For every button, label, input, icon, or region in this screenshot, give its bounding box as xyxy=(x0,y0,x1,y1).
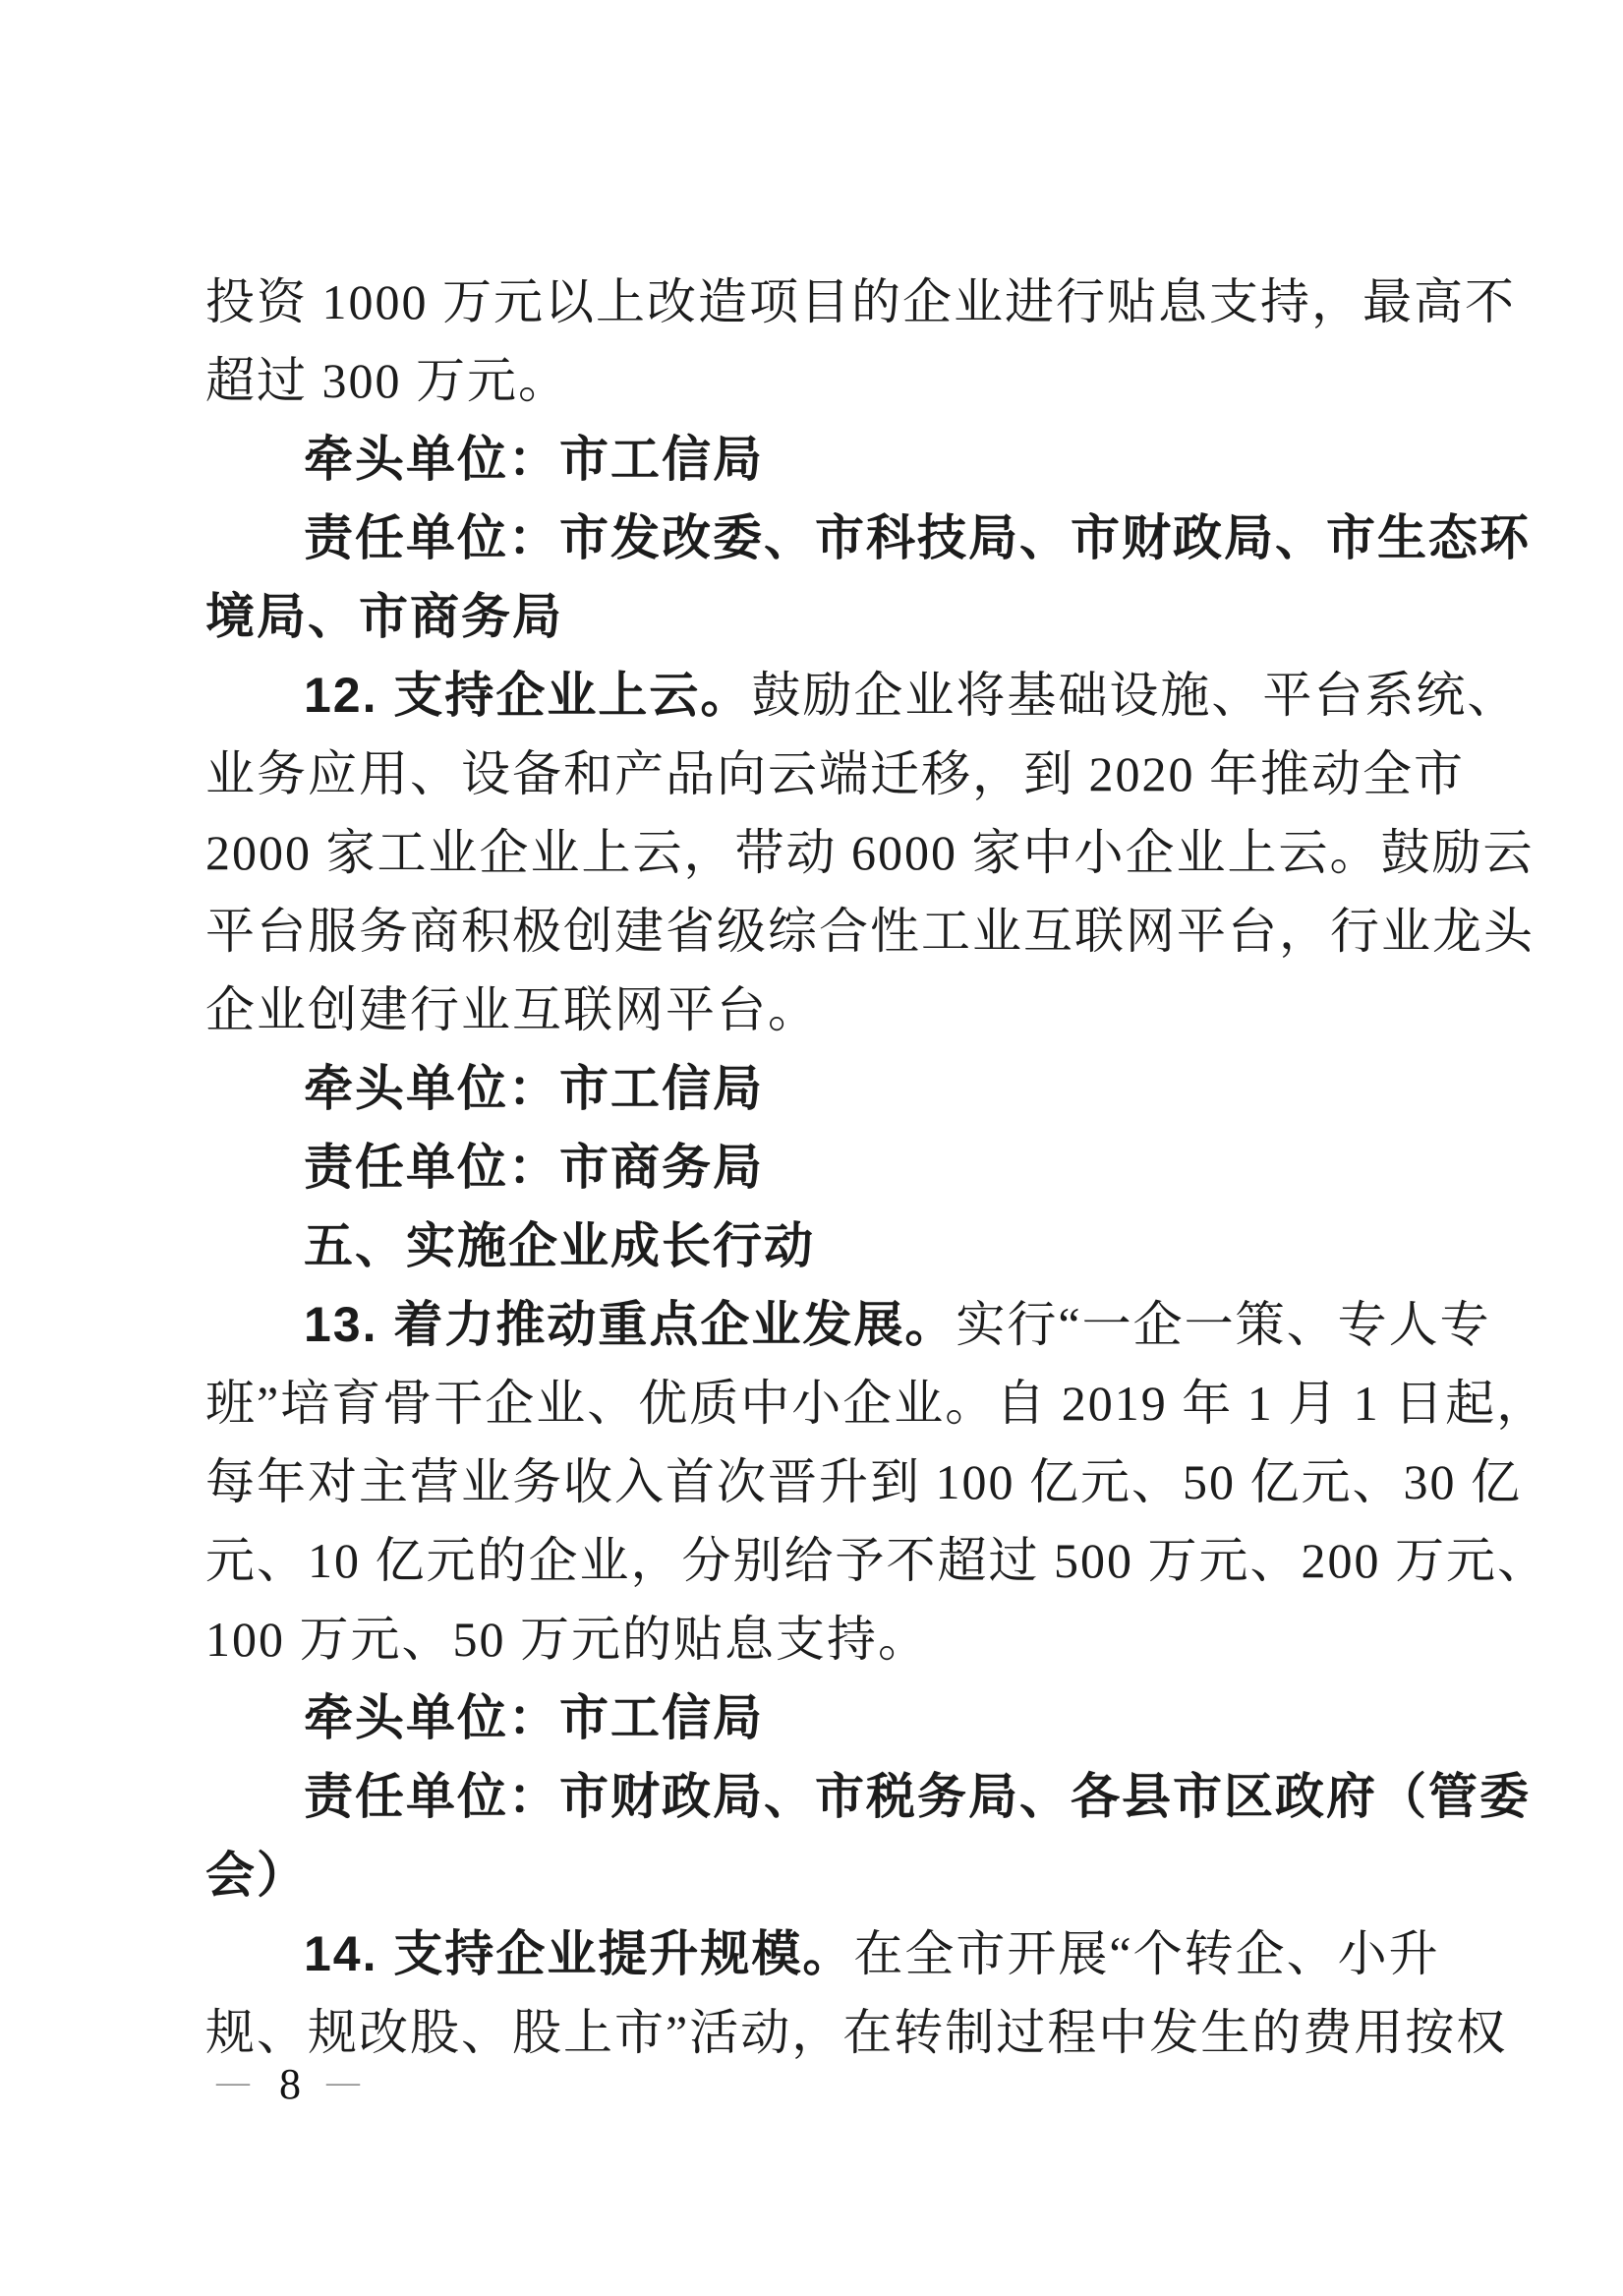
bold-text-segment: 会） xyxy=(205,1848,308,1903)
item-12-line: 12. 支持企业上云。鼓励企业将基础设施、平台系统、 xyxy=(205,656,1429,735)
lead-unit-line: 牵头单位：市工信局 xyxy=(205,420,1429,499)
text-segment: 投资 1000 万元以上改造项目的企业进行贴息支持，最高不 xyxy=(205,274,1516,329)
bold-text-segment: 五、实施企业成长行动 xyxy=(304,1218,815,1273)
bold-text-segment: 境局、市商务局 xyxy=(205,589,563,644)
lead-unit-line: 牵头单位：市工信局 xyxy=(205,1678,1429,1757)
responsible-unit-line: 责任单位：市财政局、市税务局、各县市区政府（管委 xyxy=(205,1757,1429,1836)
body-line: 规、规改股、股上市”活动，在转制过程中发生的费用按权 xyxy=(205,1993,1429,2072)
bold-text-segment: 12. 支持企业上云。 xyxy=(304,668,751,723)
body-line: 每年对主营业务收入首次晋升到 100 亿元、50 亿元、30 亿 xyxy=(205,1442,1429,1521)
text-segment: 100 万元、50 万元的贴息支持。 xyxy=(205,1612,929,1667)
bold-text-segment: 牵头单位：市工信局 xyxy=(304,432,764,487)
text-segment: 业务应用、设备和产品向云端迁移，到 2020 年推动全市 xyxy=(205,746,1465,801)
footer-right-dash: — xyxy=(326,2064,364,2100)
text-segment: 企业创建行业互联网平台。 xyxy=(205,982,819,1037)
text-segment: 超过 300 万元。 xyxy=(205,353,569,408)
text-segment: 2000 家工业企业上云，带动 6000 家中小企业上云。鼓励云 xyxy=(205,825,1535,880)
bold-text-segment: 13. 着力推动重点企业发展。 xyxy=(304,1297,956,1352)
text-segment: 规、规改股、股上市”活动，在转制过程中发生的费用按权 xyxy=(205,2005,1507,2060)
responsible-unit-line: 境局、市商务局 xyxy=(205,577,1429,656)
text-segment: 实行“一企一策、专人专 xyxy=(956,1297,1490,1352)
document-page: 投资 1000 万元以上改造项目的企业进行贴息支持，最高不超过 300 万元。牵… xyxy=(0,0,1623,2296)
section-heading: 五、实施企业成长行动 xyxy=(205,1207,1429,1285)
text-segment: 班”培育骨干企业、优质中小企业。自 2019 年 1 月 1 日起， xyxy=(205,1376,1547,1431)
footer-left-dash: — xyxy=(216,2064,254,2100)
item-13-line: 13. 着力推动重点企业发展。实行“一企一策、专人专 xyxy=(205,1285,1429,1364)
page-footer: —8— xyxy=(216,2058,364,2107)
bold-text-segment: 责任单位：市财政局、市税务局、各县市区政府（管委 xyxy=(304,1769,1531,1824)
text-segment: 元、10 亿元的企业，分别给予不超过 500 万元、200 万元、 xyxy=(205,1533,1548,1588)
item-14-line: 14. 支持企业提升规模。在全市开展“个转企、小升 xyxy=(205,1914,1429,1993)
bold-text-segment: 责任单位：市发改委、市科技局、市财政局、市生态环 xyxy=(304,510,1531,565)
responsible-unit-line: 会） xyxy=(205,1836,1429,1914)
text-segment: 平台服务商积极创建省级综合性工业互联网平台，行业龙头 xyxy=(205,904,1535,959)
bold-text-segment: 牵头单位：市工信局 xyxy=(304,1690,764,1745)
page-number: 8 xyxy=(279,2060,301,2109)
lead-unit-line: 牵头单位：市工信局 xyxy=(205,1049,1429,1128)
text-segment: 每年对主营业务收入首次晋升到 100 亿元、50 亿元、30 亿 xyxy=(205,1454,1522,1509)
body-line: 元、10 亿元的企业，分别给予不超过 500 万元、200 万元、 xyxy=(205,1521,1429,1600)
responsible-unit-line: 责任单位：市商务局 xyxy=(205,1128,1429,1207)
body-line: 班”培育骨干企业、优质中小企业。自 2019 年 1 月 1 日起， xyxy=(205,1364,1429,1442)
text-segment: 鼓励企业将基础设施、平台系统、 xyxy=(751,668,1518,723)
bold-text-segment: 责任单位：市商务局 xyxy=(304,1140,764,1195)
body-line: 100 万元、50 万元的贴息支持。 xyxy=(205,1600,1429,1678)
body-line: 业务应用、设备和产品向云端迁移，到 2020 年推动全市 xyxy=(205,735,1429,813)
body-line: 企业创建行业互联网平台。 xyxy=(205,971,1429,1049)
responsible-unit-line: 责任单位：市发改委、市科技局、市财政局、市生态环 xyxy=(205,499,1429,577)
bold-text-segment: 牵头单位：市工信局 xyxy=(304,1061,764,1116)
body-line: 投资 1000 万元以上改造项目的企业进行贴息支持，最高不 xyxy=(205,263,1429,341)
body-line: 平台服务商积极创建省级综合性工业互联网平台，行业龙头 xyxy=(205,892,1429,971)
text-segment: 在全市开展“个转企、小升 xyxy=(853,1926,1439,1981)
bold-text-segment: 14. 支持企业提升规模。 xyxy=(304,1926,853,1981)
body-line: 2000 家工业企业上云，带动 6000 家中小企业上云。鼓励云 xyxy=(205,813,1429,892)
document-body: 投资 1000 万元以上改造项目的企业进行贴息支持，最高不超过 300 万元。牵… xyxy=(205,263,1429,2072)
body-line: 超过 300 万元。 xyxy=(205,341,1429,420)
